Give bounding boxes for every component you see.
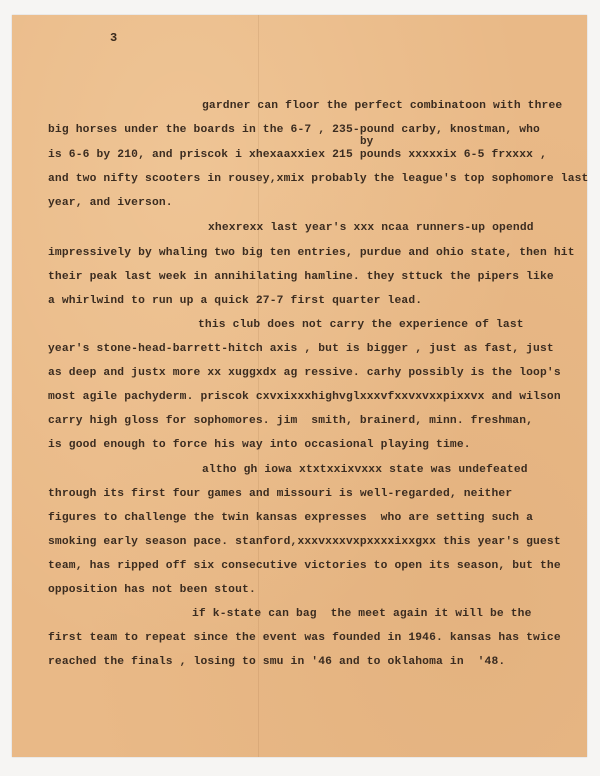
text-line: year's stone-head-barrett-hitch axis , b… [48, 342, 554, 356]
text-line: carry high gloss for sophomores. jim smi… [48, 414, 533, 428]
text-line-with-strikeouts: is 6-6 by 210, and priscok i xhexaaxxiex… [48, 148, 547, 162]
text-line: year, and iverson. [48, 196, 173, 210]
text-line-with-strikeouts: most agile pachyderm. priscok cxvxixxxhi… [48, 390, 561, 404]
text-line: impressively by whaling two big ten entr… [48, 246, 575, 260]
text-line: reached the finals , losing to smu in '4… [48, 655, 505, 669]
text-line: their peak last week in annihilating ham… [48, 270, 554, 284]
typewritten-page: 3 gardner can floor the perfect combinat… [12, 15, 587, 757]
text-line: gardner can floor the perfect combinatoo… [202, 99, 562, 113]
text-line: xhexrexx last year's xxx ncaa runners-up… [208, 221, 534, 235]
text-line: big horses under the boards in the 6-7 ,… [48, 123, 540, 137]
text-line: if k-state can bag the meet again it wil… [192, 607, 532, 621]
text-line: team, has ripped off six consecutive vic… [48, 559, 561, 573]
text-line: a whirlwind to run up a quick 27-7 first… [48, 294, 422, 308]
text-line: and two nifty scooters in rousey,xmix pr… [48, 172, 588, 186]
text-line: this club does not carry the experience … [198, 318, 524, 332]
text-line: through its first four games and missour… [48, 487, 512, 501]
handwritten-insertion: by [360, 136, 373, 148]
text-line-with-strikeouts: smoking early season pace. stanford,xxxv… [48, 535, 561, 549]
text-line-with-strikeouts: as deep and justx more xx xuggxdx ag res… [48, 366, 561, 380]
text-line: is good enough to force his way into occ… [48, 438, 471, 452]
text-line: opposition has not been stout. [48, 583, 256, 597]
text-line-with-strikeouts: altho gh iowa xtxtxxixvxxx state was und… [202, 463, 528, 477]
text-line: first team to repeat since the event was… [48, 631, 561, 645]
text-line: figures to challenge the twin kansas exp… [48, 511, 533, 525]
page-number: 3 [110, 31, 117, 45]
